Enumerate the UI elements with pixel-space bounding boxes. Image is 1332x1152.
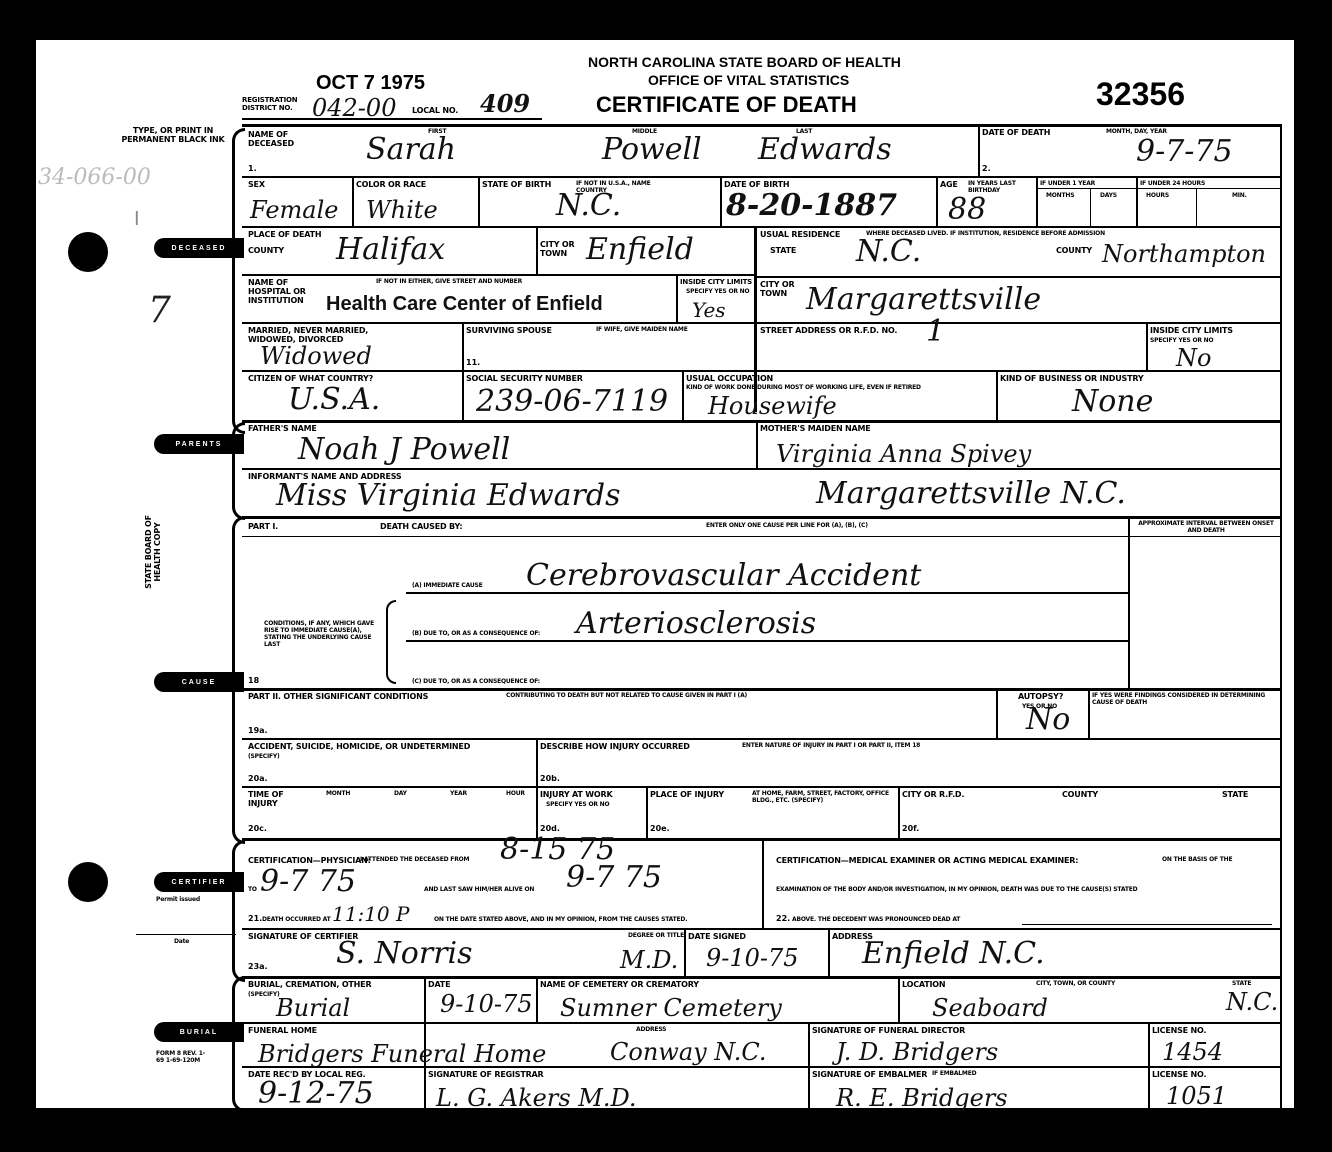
name-label: NAME OF DECEASED [248, 130, 308, 148]
res-street-value: 1 [926, 316, 945, 348]
under-24-label: IF UNDER 24 HOURS [1140, 180, 1205, 187]
res-city-label: CITY OR TOWN [760, 280, 800, 298]
describe-injury-sub: ENTER NATURE OF INJURY IN PART I OR PART… [742, 742, 920, 749]
describe-injury-label: DESCRIBE HOW INJURY OCCURRED [540, 742, 690, 751]
injury-state-label: STATE [1222, 790, 1248, 799]
funeral-home-label: FUNERAL HOME [248, 1026, 317, 1035]
hospital-label: NAME OF HOSPITAL OR INSTITUTION [248, 278, 318, 305]
last-saw-text: AND LAST SAW HIM/HER ALIVE ON [424, 886, 534, 893]
ink-instruction: TYPE, OR PRINT IN PERMANENT BLACK INK [118, 126, 228, 144]
pencil-number: 34-066-00 [38, 165, 151, 190]
ssn-value: 239-06-7119 [476, 386, 668, 418]
mother-value: Virginia Anna Spivey [776, 438, 1031, 470]
state-copy-label: STATE BOARD OF HEALTH COPY [144, 512, 162, 592]
degree-value: M.D. [620, 944, 678, 976]
residence-label: USUAL RESIDENCE [760, 230, 840, 239]
time-of-injury-label: TIME OF INJURY [248, 790, 292, 808]
injury-year-label: YEAR [450, 790, 467, 797]
tab-parents: PARENTS [154, 434, 244, 454]
occupation-value: Housewife [708, 390, 837, 422]
conditions-bracket [386, 600, 396, 684]
section-bracket-burial [232, 976, 245, 1112]
state-of-birth-value: N.C. [556, 190, 621, 222]
informant-address: Margarettsville N.C. [816, 478, 1126, 510]
autopsy-value: No [1026, 704, 1070, 736]
under-one-label: IF UNDER 1 YEAR [1040, 180, 1095, 187]
minutes-label: MIN. [1232, 192, 1247, 199]
months-label: MONTHS [1046, 192, 1074, 199]
date-received-value: 9-12-75 [258, 1078, 374, 1110]
race-value: White [366, 194, 438, 226]
registration-district-label: REGISTRATION DISTRICT NO. [242, 96, 312, 112]
business-label: KIND OF BUSINESS OR INDUSTRY [1000, 374, 1143, 383]
date-signed: 9-10-75 [706, 942, 799, 974]
attended-to: 9-7 75 [260, 866, 356, 898]
father-value: Noah J Powell [298, 434, 510, 466]
local-no-value: 409 [480, 88, 530, 120]
deceased-middle-name: Powell [602, 134, 702, 166]
pencil-mark: I [134, 208, 140, 231]
death-certificate: TYPE, OR PRINT IN PERMANENT BLACK INK 34… [36, 40, 1294, 1108]
cemetery-label: NAME OF CEMETERY OR CREMATORY [540, 980, 699, 989]
agency-name: NORTH CAROLINA STATE BOARD OF HEALTH [588, 54, 901, 70]
conditions-label: CONDITIONS, IF ANY, WHICH GAVE RISE TO I… [264, 620, 374, 648]
state-of-birth-label: STATE OF BIRTH [482, 180, 551, 189]
funeral-director-label: SIGNATURE OF FUNERAL DIRECTOR [812, 1026, 965, 1035]
marital-value: Widowed [260, 340, 372, 372]
sex-value: Female [250, 194, 339, 226]
res-city-value: Margarettsville [806, 284, 1041, 316]
part1-label: PART I. [248, 522, 278, 531]
section-bracket-cause [232, 516, 245, 844]
pod-county-value: Halifax [336, 234, 445, 266]
hospital-value: Health Care Center of Enfield [326, 288, 603, 320]
permit-date-label: Date [174, 938, 189, 945]
business-value: None [1072, 386, 1153, 418]
tab-certifier: CERTIFIER [154, 872, 244, 892]
scan-edge [1090, 0, 1332, 40]
deceased-last-name: Edwards [758, 134, 892, 166]
pod-county-label: COUNTY [248, 246, 284, 255]
part2-label: PART II. OTHER SIGNIFICANT CONDITIONS [248, 692, 428, 701]
embalmer-sub: IF EMBALMED [932, 1070, 976, 1077]
embalmer-signature: R. E. Bridgers [836, 1082, 1008, 1114]
registrar-signature: L. G. Akers M.D. [436, 1082, 636, 1114]
findings-label: IF YES WERE FINDINGS CONSIDERED IN DETER… [1092, 692, 1278, 706]
cause-a-value: Cerebrovascular Accident [526, 560, 921, 592]
location-value: Seaboard [932, 992, 1048, 1024]
cause-b-label: (b) DUE TO, OR AS A CONSEQUENCE OF: [412, 630, 540, 637]
days-label: DAYS [1100, 192, 1117, 199]
tab-cause: CAUSE [154, 672, 244, 692]
ssn-label: SOCIAL SECURITY NUMBER [466, 374, 583, 383]
occupation-label: USUAL OCCUPATION [686, 374, 773, 383]
death-occurred-text: DEATH OCCURRED AT [262, 916, 331, 923]
res-state-label: STATE [770, 246, 796, 255]
manner-sub: (SPECIFY) [248, 753, 280, 760]
me-text-1: ON THE BASIS OF THE [1162, 856, 1232, 863]
sex-label: SEX [248, 180, 265, 189]
dob-value: 8-20-1887 [726, 190, 897, 222]
spouse-label: SURVIVING SPOUSE [466, 326, 552, 335]
cause-a-label: (a) IMMEDIATE CAUSE [412, 582, 483, 589]
cemetery-value: Sumner Cemetery [560, 992, 782, 1024]
punch-hole [68, 862, 108, 902]
embalmer-license-value: 1051 [1166, 1080, 1227, 1112]
cause-c-label: (c) DUE TO, OR AS A CONSEQUENCE OF: [412, 678, 540, 685]
tab-deceased: DECEASED [154, 238, 244, 258]
deceased-first-name: Sarah [366, 134, 456, 166]
res-county-value: Northampton [1102, 238, 1266, 270]
certifier-signature: S. Norris [336, 938, 473, 970]
tab-burial: BURIAL [154, 1022, 244, 1042]
certificate-number: 32356 [1096, 76, 1185, 113]
death-tail-text: ON THE DATE STATED ABOVE, AND IN MY OPIN… [434, 916, 687, 923]
place-of-injury-label: PLACE OF INJURY [650, 790, 724, 799]
date-of-death: 9-7-75 [1136, 136, 1233, 168]
section-bracket-deceased [232, 128, 245, 434]
pod-city-value: Enfield [586, 234, 694, 266]
one-cause-instruction: ENTER ONLY ONE CAUSE PER LINE FOR (a), (… [706, 522, 868, 529]
res-inside-city-label: INSIDE CITY LIMITS [1150, 326, 1233, 335]
degree-label: DEGREE OR TITLE [628, 932, 684, 939]
local-no-label: LOCAL NO. [412, 106, 458, 115]
rule [242, 124, 1282, 127]
manner-label: ACCIDENT, SUICIDE, HOMICIDE, OR UNDETERM… [248, 742, 470, 751]
date-signed-label: DATE SIGNED [688, 932, 746, 941]
section-bracket-certifier [232, 840, 245, 982]
part2-sub: CONTRIBUTING TO DEATH BUT NOT RELATED TO… [506, 692, 747, 699]
pod-city-label: CITY OR TOWN [540, 240, 580, 258]
funeral-director-signature: J. D. Bridgers [836, 1036, 998, 1068]
office-name: OFFICE OF VITAL STATISTICS [648, 72, 849, 88]
header-underline [242, 118, 542, 120]
injury-month-label: MONTH [326, 790, 350, 797]
autopsy-label: AUTOPSY? [1018, 692, 1063, 701]
citizen-value: U.S.A. [288, 384, 380, 416]
disposition-label: BURIAL, CREMATION, OTHER [248, 980, 371, 989]
embalmer-license-label: LICENSE NO. [1152, 1070, 1206, 1079]
certifier-address: Enfield N.C. [862, 938, 1045, 970]
burial-date: 9-10-75 [440, 988, 533, 1020]
embalmer-label: SIGNATURE OF EMBALMER [812, 1070, 927, 1079]
me-cert-label: CERTIFICATION—MEDICAL EXAMINER OR ACTING… [776, 856, 1078, 865]
location-label: LOCATION [902, 980, 945, 989]
mother-label: MOTHER'S MAIDEN NAME [760, 424, 871, 433]
certificate-title: CERTIFICATE OF DEATH [596, 92, 857, 118]
injury-at-work-label: INJURY AT WORK [540, 790, 612, 799]
res-street-label: STREET ADDRESS OR R.F.D. No. [760, 326, 897, 335]
injury-at-work-sub: SPECIFY YES OR NO [546, 801, 609, 808]
injury-day-label: DAY [394, 790, 407, 797]
burial-state-value: N.C. [1226, 986, 1278, 1018]
disposition-sub: (SPECIFY) [248, 991, 280, 998]
pod-inside-city-label: INSIDE CITY LIMITS [680, 278, 752, 287]
to-label: TO [248, 886, 257, 893]
hospital-sub: IF NOT IN EITHER, GIVE STREET AND NUMBER [376, 278, 522, 285]
res-state-value: N.C. [856, 236, 921, 268]
disposition-value: Burial [276, 992, 350, 1024]
age-value: 88 [948, 194, 986, 226]
permit-date-line [136, 934, 236, 935]
interval-label: APPROXIMATE INTERVAL BETWEEN ONSET AND D… [1136, 520, 1276, 534]
res-county-label: COUNTY [1056, 246, 1092, 255]
permit-issued-label: Permit issued [156, 896, 200, 903]
place-of-injury-sub: AT HOME, FARM, STREET, FACTORY, OFFICE B… [752, 790, 902, 804]
form-info: FORM 8 REV. 1-69 1-69-120M [156, 1050, 206, 1064]
informant-name: Miss Virginia Edwards [276, 480, 620, 512]
last-saw-date: 9-7 75 [566, 862, 662, 894]
funeral-home-address: Conway N.C. [610, 1036, 767, 1068]
race-label: COLOR OR RACE [356, 180, 426, 189]
me-text-3: ABOVE. THE DECEDENT WAS PRONOUNCED DEAD … [792, 916, 960, 923]
hours-label: HOURS [1146, 192, 1169, 199]
date-of-death-label: DATE OF DEATH [982, 128, 1050, 137]
place-of-death-label: PLACE OF DEATH [248, 230, 321, 239]
injury-city-label: CITY OR R.F.D. [902, 790, 964, 799]
death-caused-label: DEATH CAUSED BY: [380, 522, 462, 531]
director-license-label: LICENSE NO. [1152, 1026, 1206, 1035]
cause-b-value: Arteriosclerosis [576, 608, 816, 640]
section-bracket-parents [232, 422, 245, 520]
registrar-label: SIGNATURE OF REGISTRAR [428, 1070, 543, 1079]
me-text-2: EXAMINATION OF THE BODY AND/OR INVESTIGA… [776, 886, 1137, 893]
funeral-home-address-label: ADDRESS [636, 1026, 666, 1033]
punch-hole [68, 232, 108, 272]
injury-county-label: COUNTY [1062, 790, 1098, 799]
age-label: AGE [940, 180, 958, 189]
director-license-value: 1454 [1162, 1036, 1223, 1068]
location-sub: CITY, TOWN, OR COUNTY [1036, 980, 1115, 987]
pencil-seven: 7 [148, 290, 171, 331]
injury-hour-label: HOUR [506, 790, 525, 797]
death-time: 11:10 P [332, 898, 409, 930]
spouse-sub: IF WIFE, GIVE MAIDEN NAME [596, 326, 688, 333]
attended-text: I ATTENDED THE DECEASED FROM [360, 856, 469, 863]
